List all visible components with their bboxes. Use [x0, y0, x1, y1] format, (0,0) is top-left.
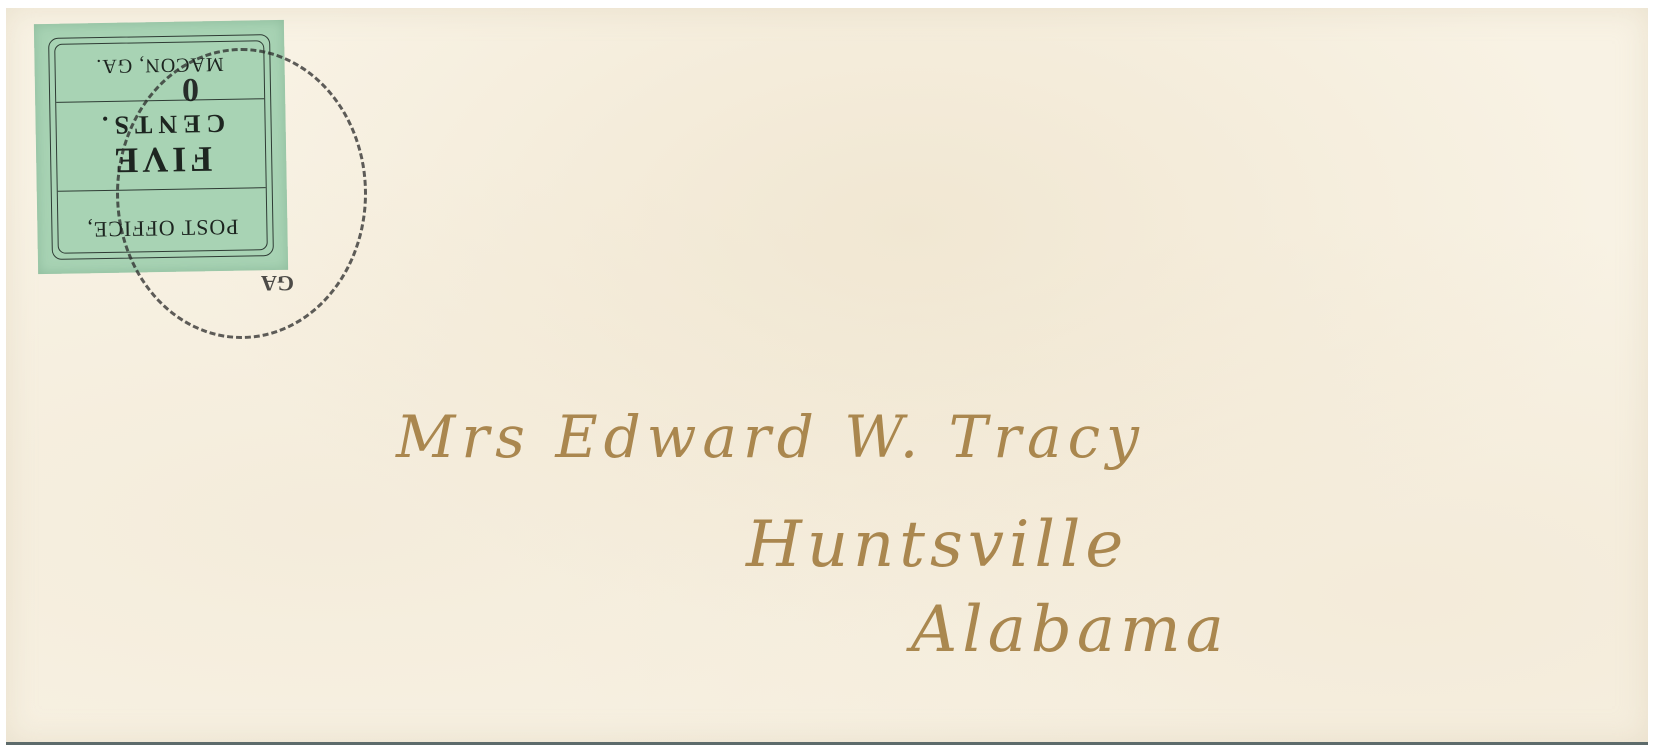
address-recipient: Mrs Edward W. Tracy	[396, 403, 1145, 471]
address-city: Huntsville	[746, 508, 1128, 582]
address-state: Alabama	[911, 593, 1229, 667]
envelope: POST OFFICE, FIVE CENTS. MACON, GA. 0 GA…	[6, 8, 1648, 745]
postmark-fragment-number: 0	[182, 70, 199, 108]
postmark-circle	[116, 48, 367, 339]
postmark-fragment-state: GA	[261, 270, 294, 296]
